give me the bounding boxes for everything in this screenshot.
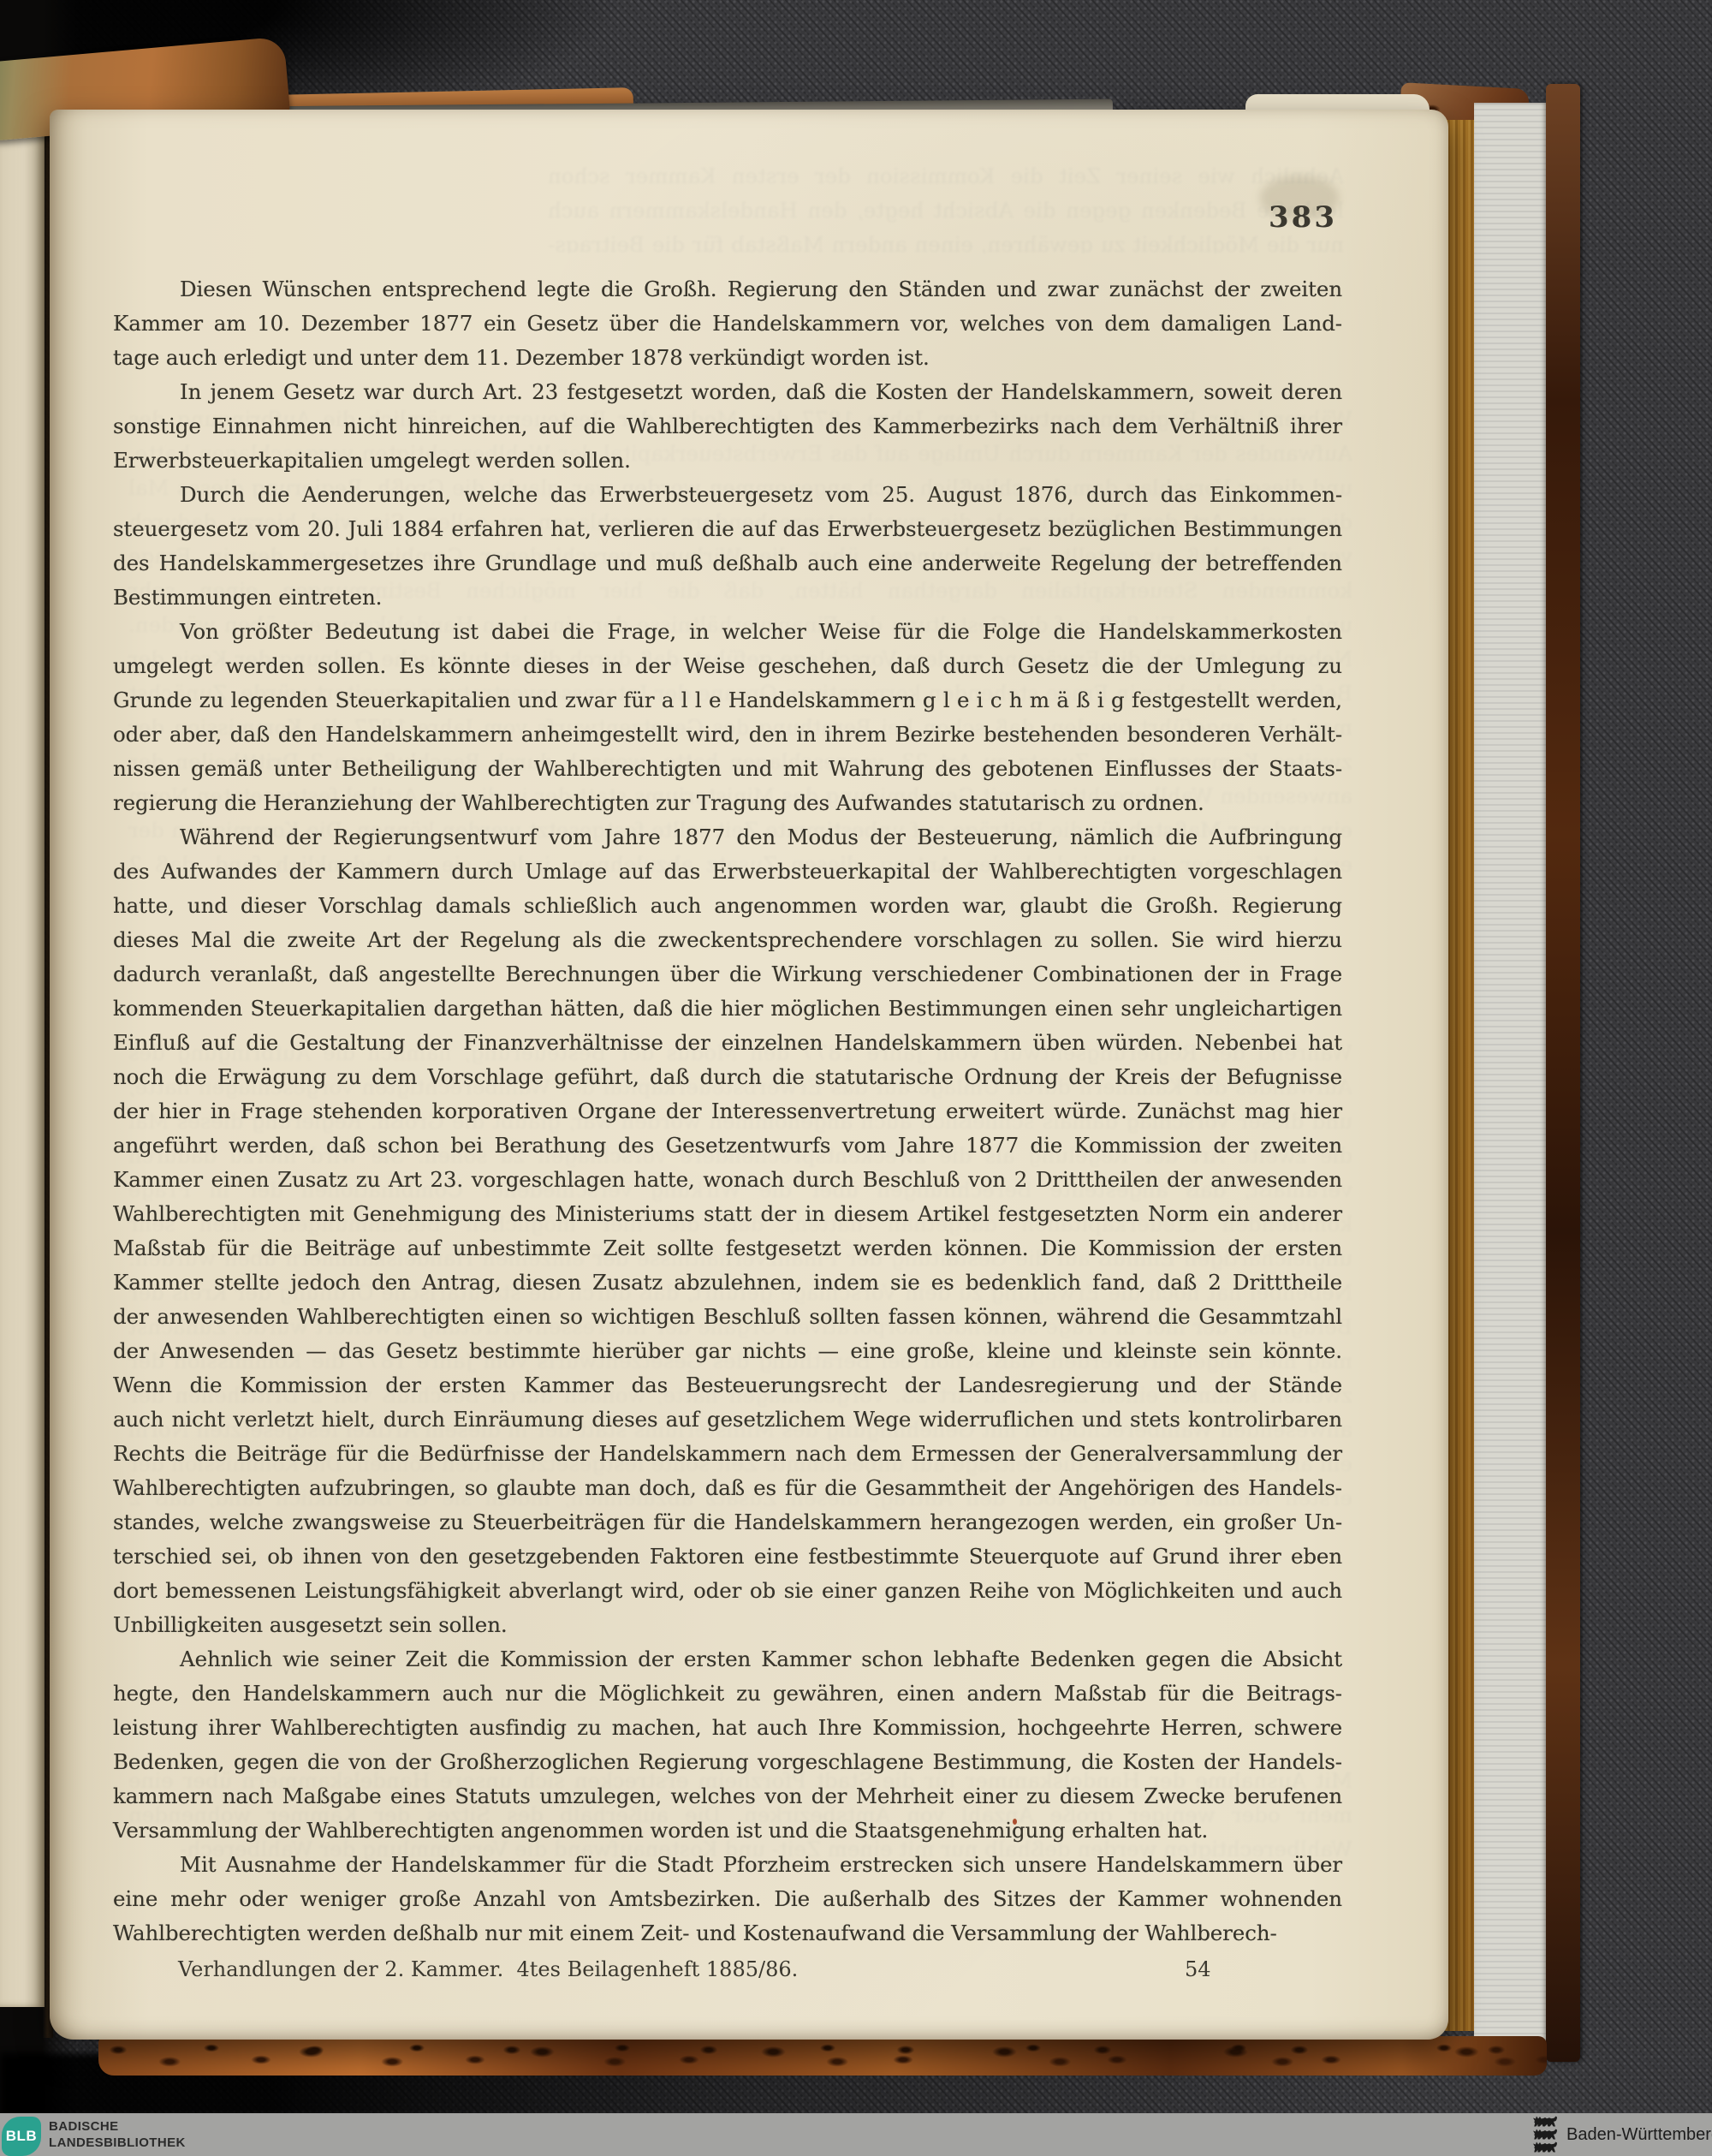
paragraph: In jenem Gesetz war durch Art. 23 festge… [113, 375, 1342, 478]
text-line: der hier in Frage stehenden korporativen… [113, 1094, 1342, 1129]
text-line: Aehnlich wie seiner Zeit die Kommission … [113, 1642, 1342, 1677]
library-name-line1: BADISCHE [49, 2118, 186, 2135]
baden-wuerttemberg-coat-of-arms-icon [1532, 2116, 1558, 2153]
text-line: In jenem Gesetz war durch Art. 23 festge… [113, 375, 1342, 409]
footer-note: Verhandlungen der 2. Kammer. 4tes Beilag… [113, 1957, 1342, 1988]
text-line: des Aufwandes der Kammern durch Umlage a… [113, 855, 1342, 889]
text-line: Wahlberechtigten aufzubringen, so glaubt… [113, 1471, 1342, 1505]
text-line: dadurch veranlaßt, daß angestellte Berec… [113, 957, 1342, 992]
text-line: hegte, den Handelskammern auch nur die M… [113, 1677, 1342, 1711]
text-line: Bestimmungen eintreten. [113, 581, 1342, 615]
text-line: Kammer einen Zusatz zu Art 23. vorgeschl… [113, 1163, 1342, 1197]
text-line: Diesen Wünschen entsprechend legte die G… [113, 272, 1342, 307]
blb-logo: BLB [2, 2117, 41, 2156]
text-line: Maßstab für die Beiträge auf unbestimmte… [113, 1231, 1342, 1266]
text-line: Mit Ausnahme der Handelskammer für die S… [113, 1848, 1342, 1882]
text-line: leistung ihrer Wahlberechtigten ausfindi… [113, 1711, 1342, 1745]
text-line: noch die Erwägung zu dem Vorschlage gefü… [113, 1060, 1342, 1094]
text-line: Kammer am 10. Dezember 1877 ein Gesetz ü… [113, 307, 1342, 341]
text-line: dieses Mal die zweite Art der Regelung a… [113, 923, 1342, 957]
text-line: steuergesetz vom 20. Juli 1884 erfahren … [113, 512, 1342, 546]
text-line: Unbilligkeiten ausgesetzt sein sollen. [113, 1608, 1342, 1642]
text-line: des Handelskammergesetzes ihre Grundlage… [113, 546, 1342, 581]
state-branding: Baden-Württemberg [1532, 2115, 1712, 2154]
text-line: oder aber, daß den Handelskammern anheim… [113, 718, 1342, 752]
paragraph: Mit Ausnahme der Handelskammer für die S… [113, 1848, 1342, 1951]
text-line: der Anwesenden — das Gesetz bestimmte hi… [113, 1334, 1342, 1368]
text-line: sonstige Einnahmen nicht hinreichen, auf… [113, 409, 1342, 444]
text-line: angeführt werden, daß schon bei Berathun… [113, 1129, 1342, 1163]
text-line: nissen gemäß unter Betheiligung der Wahl… [113, 752, 1342, 786]
text-line: Wahlberechtigten mit Genehmigung des Min… [113, 1197, 1342, 1231]
library-name-line2: LANDESBIBLIOTHEK [49, 2135, 186, 2151]
blb-logo-abbr: BLB [6, 2128, 37, 2145]
text-line: Kammer stellte jedoch den Antrag, diesen… [113, 1266, 1342, 1300]
text-line: Durch die Aenderungen, welche das Erwerb… [113, 478, 1342, 512]
state-label: Baden-Württemberg [1566, 2125, 1712, 2145]
viewer-bottom-bar: BLB BADISCHE LANDESBIBLIOTHEK Baden-Würt… [0, 2113, 1712, 2156]
text-line: terschied sei, ob ihnen von den gesetzge… [113, 1540, 1342, 1574]
underlying-page-edge [0, 130, 45, 2007]
text-line: regierung die Heranziehung der Wahlberec… [113, 786, 1342, 820]
text-line: hatte, und dieser Vorschlag damals schli… [113, 889, 1342, 923]
text-line: Einfluß auf die Gestaltung der Finanzver… [113, 1026, 1342, 1060]
text-line: kommenden Steuerkapitalien dargethan hät… [113, 992, 1342, 1026]
book-fore-edge [1445, 120, 1476, 2031]
sheet-number: 54 [1185, 1957, 1211, 1981]
page-text: Diesen Wünschen entsprechend legte die G… [113, 272, 1342, 1951]
text-line: tage auch erledigt und unter dem 11. Dez… [113, 341, 1342, 375]
text-line: eine mehr oder weniger große Anzahl von … [113, 1882, 1342, 1916]
book-scan-photo: 383 Diesen Wünschen entsprechend legte d… [0, 0, 1712, 2156]
paragraph: Von größter Bedeutung ist dabei die Frag… [113, 615, 1342, 820]
text-line: Während der Regierungsentwurf vom Jahre … [113, 820, 1342, 855]
interleaf-page-edge [1474, 103, 1548, 2045]
text-line: Erwerbsteuerkapitalien umgelegt werden s… [113, 444, 1342, 478]
paragraph: Aehnlich wie seiner Zeit die Kommission … [113, 1642, 1342, 1848]
text-line: der anwesenden Wahlberechtigten einen so… [113, 1300, 1342, 1334]
text-line: kammern nach Maßgabe eines Statuts umzul… [113, 1779, 1342, 1814]
text-line: Grunde zu legenden Steuerkapitalien und … [113, 683, 1342, 718]
leather-binding-edge [1546, 84, 1580, 2062]
text-line: Bedenken, gegen die von der Großherzogli… [113, 1745, 1342, 1779]
page-number: 383 [1243, 200, 1337, 235]
text-line: standes, welche zwangsweise zu Steuerbei… [113, 1505, 1342, 1540]
text-line: Wahlberechtigten werden deßhalb nur mit … [113, 1916, 1342, 1951]
text-line: Rechts die Beiträge für die Bedürfnisse … [113, 1437, 1342, 1471]
paragraph: Durch die Aenderungen, welche das Erwerb… [113, 478, 1342, 615]
paragraph: Diesen Wünschen entsprechend legte die G… [113, 272, 1342, 375]
text-line: Wenn die Kommission der ersten Kammer da… [113, 1368, 1342, 1403]
text-line: Versammlung der Wahlberechtigten angenom… [113, 1814, 1342, 1848]
text-line: auch nicht verletzt hielt, durch Einräum… [113, 1403, 1342, 1437]
marbled-bottom-edge [98, 2036, 1547, 2076]
text-line: Von größter Bedeutung ist dabei die Frag… [113, 615, 1342, 649]
text-line: umgelegt werden sollen. Es könnte dieses… [113, 649, 1342, 683]
footer-note-text: Verhandlungen der 2. Kammer. 4tes Beilag… [178, 1957, 798, 1981]
text-line: dort bemessenen Leistungsfähigkeit abver… [113, 1574, 1342, 1608]
paragraph: Während der Regierungsentwurf vom Jahre … [113, 820, 1342, 1642]
library-name: BADISCHE LANDESBIBLIOTHEK [49, 2118, 186, 2151]
